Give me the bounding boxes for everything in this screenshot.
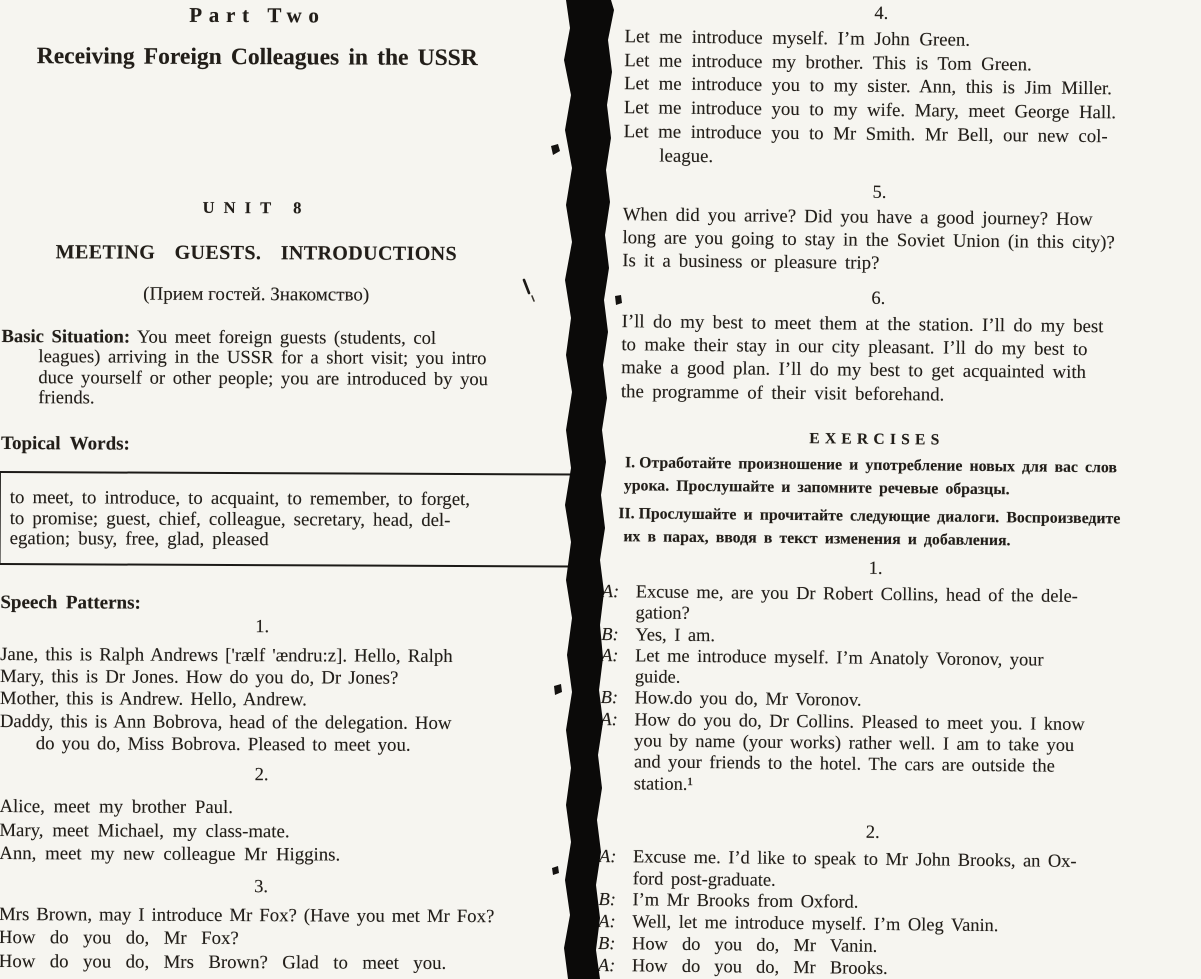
pattern-line: league. [659, 144, 1115, 172]
pattern-5-lines: When did you arrive? Did you have a good… [622, 203, 1115, 278]
part-title: Part Two [0, 1, 515, 30]
pattern-3-number: 3. [0, 876, 526, 899]
pattern-6-lines: I’ll do my best to meet them at the stat… [621, 310, 1104, 408]
exercise-text: урока. Прослушайте и запомните речевые о… [624, 477, 1010, 498]
dialog-2-number: 2. [615, 820, 1130, 846]
pattern-6-number: 6. [621, 286, 1136, 312]
pattern-line: do you do, Miss Bobrova. Pleased to meet… [36, 733, 453, 757]
basic-situation-line: duce yourself or other people; you are i… [38, 368, 488, 390]
exercise-text: Отработайте произношение и употребление … [639, 454, 1117, 476]
pattern-4-lines: Let me introduce myself. I’m John Green.… [623, 25, 1117, 172]
basic-situation-intro: You meet foreign guests (students, col [137, 327, 436, 349]
pattern-2-number: 2. [0, 764, 527, 787]
speaker-label [601, 666, 635, 688]
unit-label: UNIT 8 [0, 196, 514, 220]
pattern-4-number: 4. [624, 1, 1139, 27]
pattern-5-number: 5. [622, 180, 1137, 206]
basic-situation-label: Basic Situation: [1, 326, 130, 348]
speaker-label: B: [601, 687, 635, 709]
pattern-line: Ann, meet my new colleague Mr Higgins. [0, 842, 340, 867]
dialog-text: I’m Mr Brooks from Oxford. [632, 890, 858, 914]
unit-title: MEETING GUESTS. INTRODUCTIONS [0, 239, 514, 268]
exercise-number: I. [617, 451, 635, 474]
speaker-label: B: [598, 889, 632, 911]
exercise-text: Прослушайте и прочитайте следующие диало… [639, 505, 1121, 527]
dialog-text: gation? [635, 603, 689, 625]
pattern-line: Is it a business or pleasure trip? [622, 250, 1115, 278]
pattern-line: Mary, this is Dr Jones. How do you do, D… [0, 666, 453, 690]
speaker-label: A: [600, 709, 634, 731]
pattern-line: Jane, this is Ralph Andrews ['rælf 'ændr… [0, 644, 453, 668]
speaker-label: B: [598, 933, 632, 955]
basic-situation: Basic Situation: You meet foreign guests… [1, 327, 488, 410]
dialog-text: and your friends to the hotel. The cars … [634, 752, 1055, 778]
basic-situation-line: leagues) arriving in the USSR for a shor… [38, 347, 488, 369]
dialog-text: Let me introduce myself. I’m Anatoly Vor… [635, 645, 1044, 671]
exercise-item-1: I.Отработайте произношение и употреблени… [617, 451, 1117, 502]
dialog-1: A:Excuse me, are you Dr Robert Collins, … [600, 581, 1086, 799]
exercise-text: их в парах, вводя в текст изменения и до… [623, 528, 1010, 549]
pattern-1-number: 1. [0, 616, 527, 639]
pattern-3-lines: Mrs Brown, may I introduce Mr Fox? (Have… [0, 903, 494, 975]
pattern-line: Mrs Brown, may I introduce Mr Fox? (Have… [0, 903, 494, 929]
left-page: Part Two Receiving Foreign Colleagues in… [0, 0, 585, 979]
speaker-label: A: [599, 846, 633, 868]
speaker-label: A: [602, 581, 636, 603]
scanned-book-spread: Part Two Receiving Foreign Colleagues in… [0, 0, 1201, 979]
dialog-line: A:How do you do, Mr Brooks. [598, 954, 1076, 979]
speaker-label [600, 751, 634, 773]
exercises-title: EXERCISES [619, 427, 1134, 452]
dialog-text: ford post-graduate. [633, 868, 776, 891]
pattern-2-lines: Alice, meet my brother Paul.Mary, meet M… [0, 795, 340, 867]
dialog-text: How do you do, Mr Brooks. [632, 955, 888, 979]
book-title: Receiving Foreign Colleagues in the USSR [0, 41, 515, 74]
pattern-line: Daddy, this is Ann Bobrova, head of the … [0, 711, 452, 735]
topical-words-label: Topical Words: [1, 433, 130, 456]
dialog-text: Yes, I am. [635, 624, 715, 646]
exercise-item-2: II.Прослушайте и прочитайте следующие ди… [616, 502, 1120, 553]
dialog-2: A:Excuse me. I’d like to speak to Mr Joh… [598, 846, 1077, 979]
pattern-line: Mary, meet Michael, my class-mate. [0, 819, 340, 844]
speaker-label: A: [601, 645, 635, 667]
dialog-1-number: 1. [618, 556, 1133, 582]
speech-patterns-label: Speech Patterns: [0, 592, 141, 615]
basic-situation-line: friends. [38, 388, 488, 410]
pattern-line: Alice, meet my brother Paul. [0, 795, 340, 820]
dialog-text: How do you do, Mr Vanin. [632, 933, 877, 957]
speaker-label: B: [601, 624, 635, 646]
right-page: 4. Let me introduce myself. I’m John Gre… [598, 0, 1201, 979]
topical-words-box: to meet, to introduce, to acquaint, to r… [0, 471, 578, 567]
speaker-label [599, 868, 633, 890]
topical-words-line: egation; busy, free, glad, pleased [10, 529, 572, 552]
speaker-label [600, 773, 634, 795]
dialog-text: station.¹ [634, 773, 693, 795]
pattern-1-lines: Jane, this is Ralph Andrews ['rælf 'ændr… [0, 644, 453, 757]
speaker-label: A: [598, 954, 632, 976]
pattern-line: Mother, this is Andrew. Hello, Andrew. [0, 688, 452, 712]
unit-title-russian: (Прием гостей. Знакомство) [0, 281, 514, 309]
speaker-label [600, 730, 634, 752]
pattern-line: How do you do, Mr Fox? [0, 926, 494, 952]
pattern-line: How do you do, Mrs Brown? Glad to meet y… [0, 950, 494, 976]
exercise-number: II. [617, 502, 635, 525]
dialog-text: guide. [635, 667, 681, 689]
speaker-label: A: [598, 911, 632, 933]
dialog-text: How.do you do, Mr Voronov. [635, 688, 862, 712]
speaker-label [601, 602, 635, 624]
